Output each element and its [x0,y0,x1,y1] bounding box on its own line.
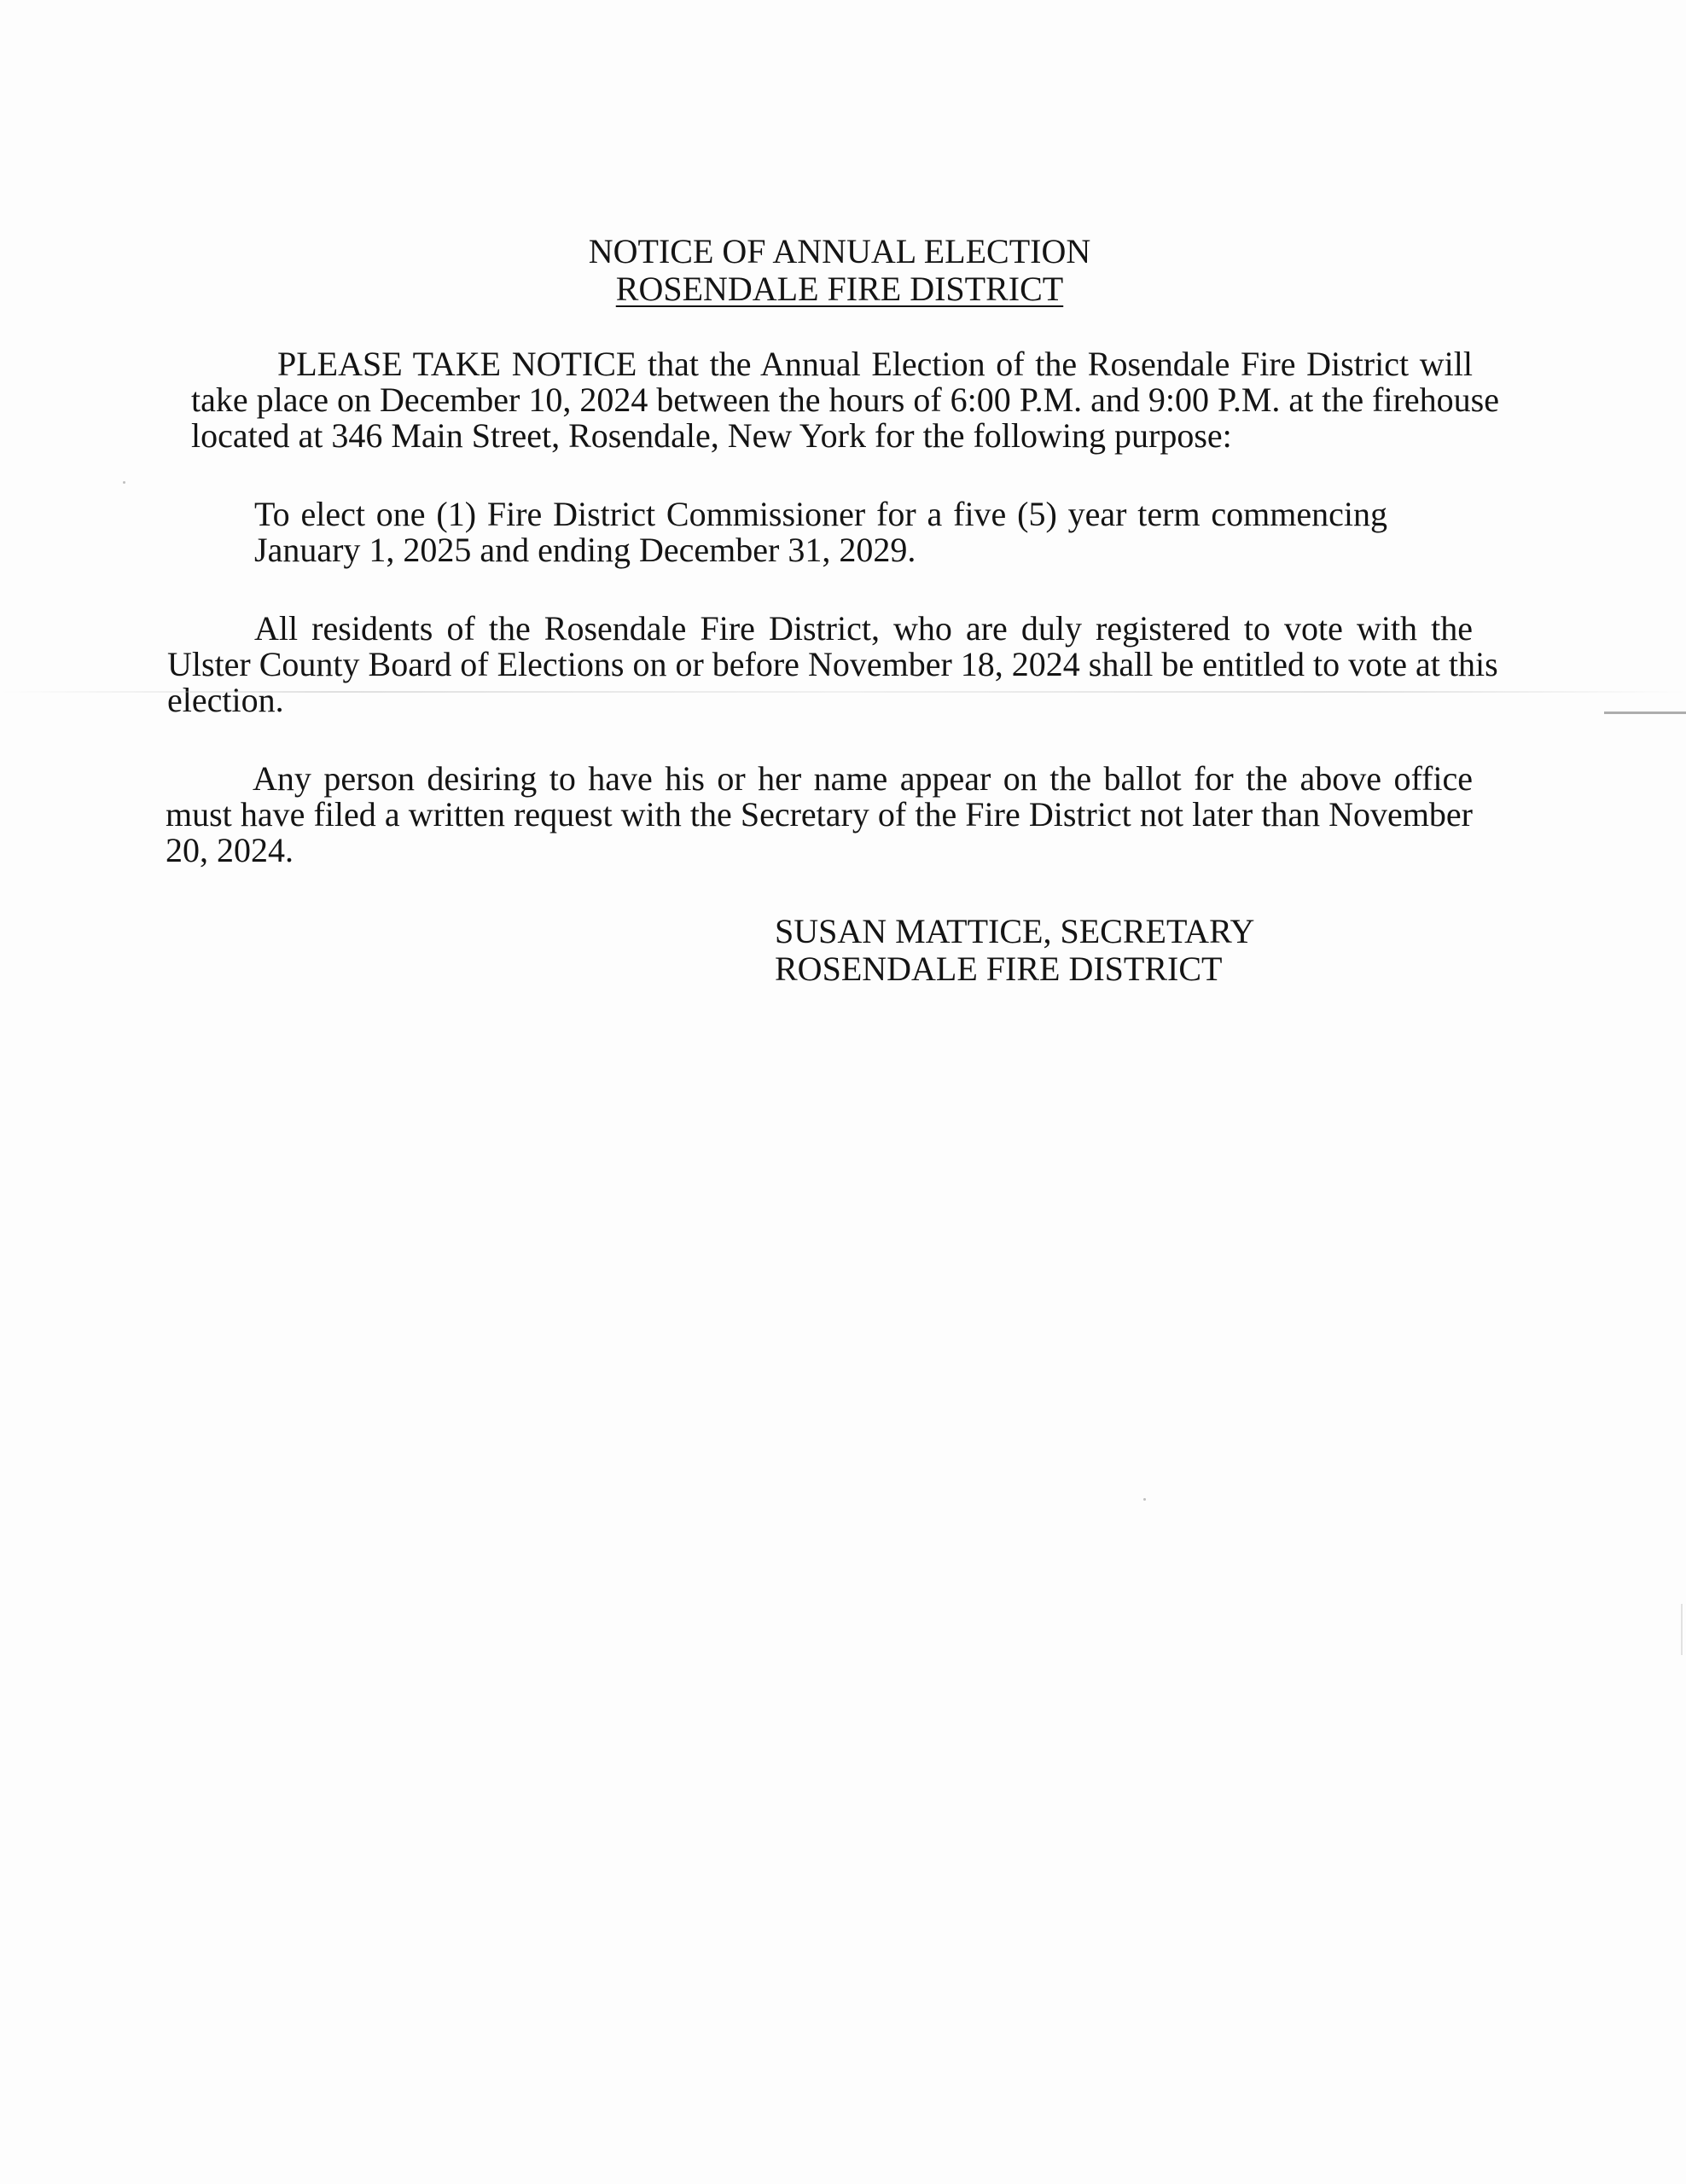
scan-speck [1143,1498,1146,1501]
signatory-name: SUSAN MATTICE, SECRETARY [775,914,1254,950]
scan-artifact-line [0,691,1686,693]
district-name-underlined: ROSENDALE FIRE DISTRICT [616,270,1063,308]
paragraph-line: PLEASE TAKE NOTICE that the Annual Elect… [277,346,1473,382]
paragraph-line: election. [167,682,284,718]
paragraph-line: To elect one (1) Fire District Commissio… [254,497,1387,532]
scan-artifact-mark [1604,712,1686,714]
paragraph-line: January 1, 2025 and ending December 31, … [254,532,916,568]
notice-subtitle: ROSENDALE FIRE DISTRICT [0,271,1683,307]
notice-title: NOTICE OF ANNUAL ELECTION [0,234,1683,270]
paragraph-line: must have filed a written request with t… [166,797,1473,833]
scan-speck [123,481,125,484]
paragraph-line: take place on December 10, 2024 between … [191,382,1473,418]
scan-edge-mark [1681,1604,1683,1655]
paragraph-line: 20, 2024. [166,833,294,868]
paragraph-line: Any person desiring to have his or her n… [253,761,1473,797]
paragraph-line: All residents of the Rosendale Fire Dist… [254,611,1473,647]
document-page: NOTICE OF ANNUAL ELECTION ROSENDALE FIRE… [0,0,1686,2184]
paragraph-line: Ulster County Board of Elections on or b… [167,647,1473,682]
paragraph-line: located at 346 Main Street, Rosendale, N… [191,418,1232,454]
signatory-organization: ROSENDALE FIRE DISTRICT [775,951,1222,987]
